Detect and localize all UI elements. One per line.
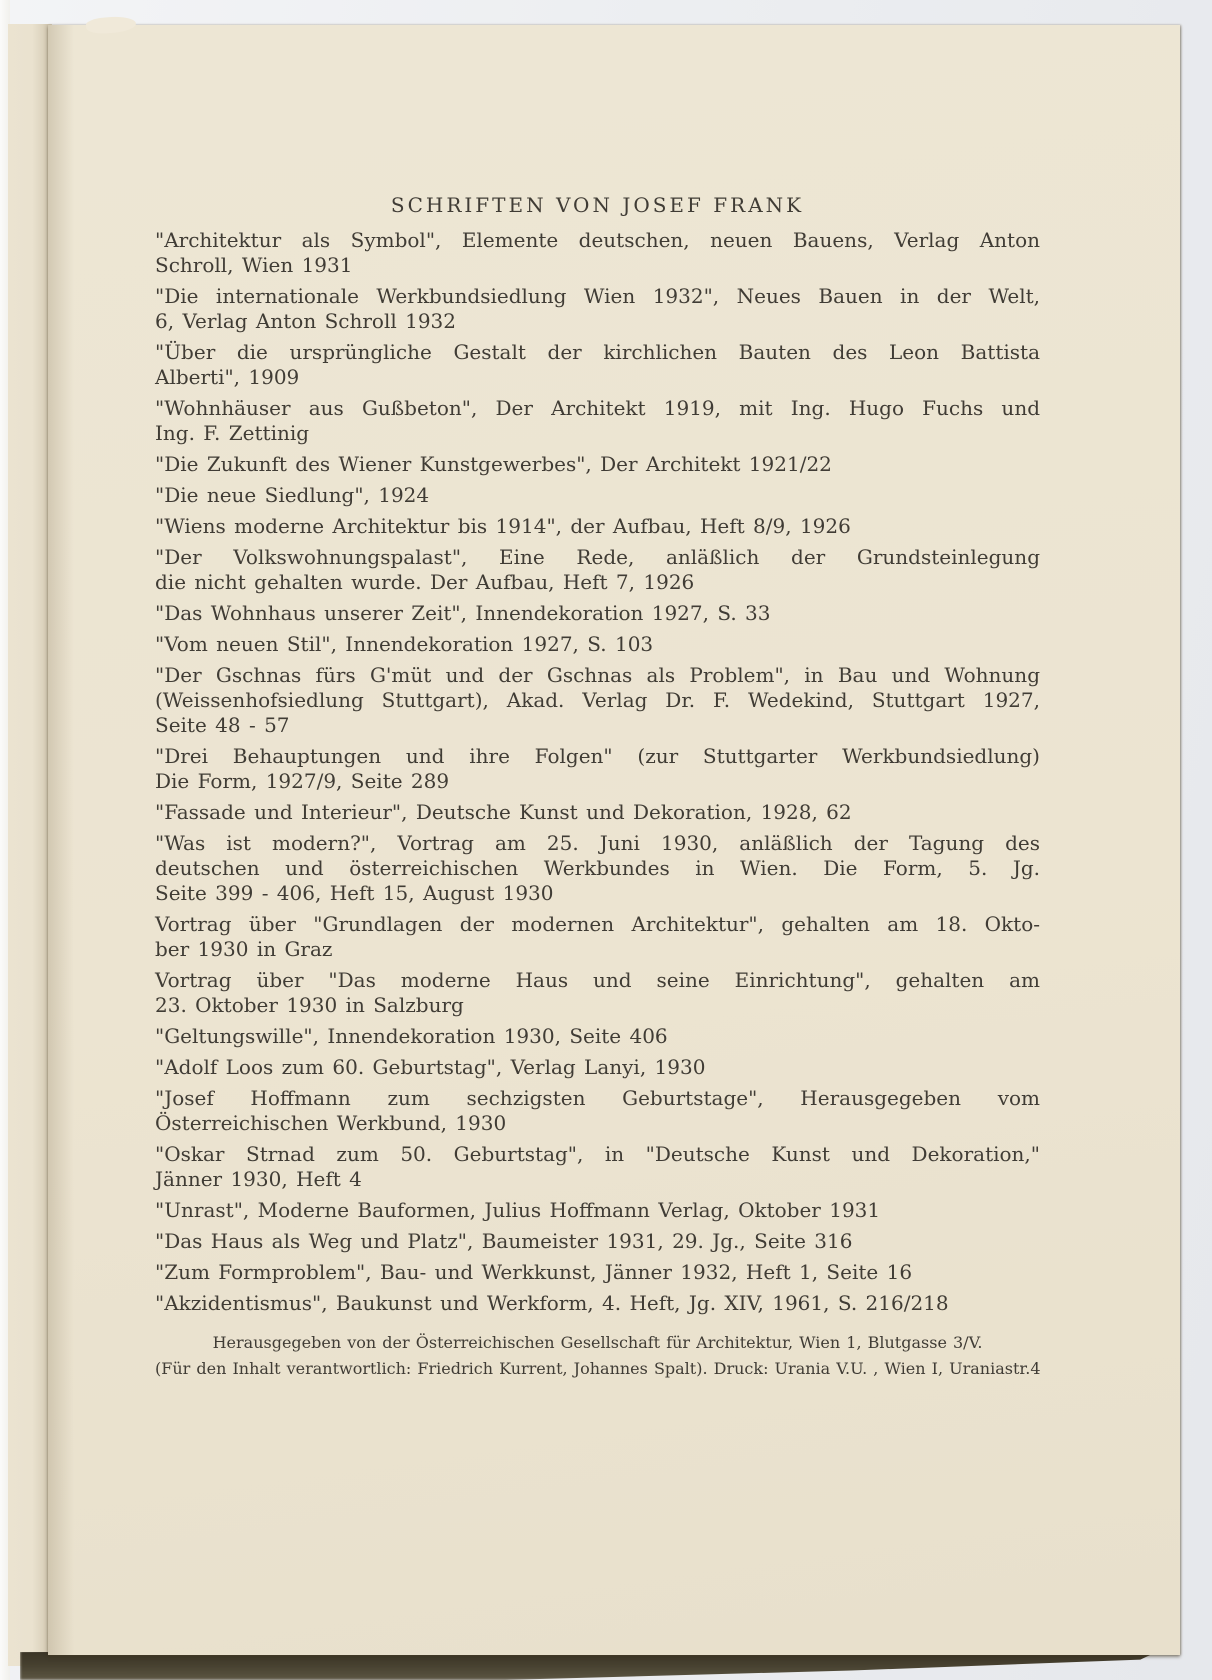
entry-line: (Weissenhofsiedlung Stuttgart), Akad. Ve… [155,688,1040,713]
entry-line: "Adolf Loos zum 60. Geburtstag", Verlag … [155,1055,1040,1080]
list-item: Vortrag über "Das moderne Haus und seine… [155,968,1040,1018]
entry-line: "Fassade und Interieur", Deutsche Kunst … [155,800,1040,825]
paper-page: SCHRIFTEN VON JOSEF FRANK "Architektur a… [48,25,1180,1655]
list-item: "Vom neuen Stil", Innendekoration 1927, … [155,632,1040,657]
entry-line: "Geltungswille", Innendekoration 1930, S… [155,1024,1040,1049]
list-item: "Adolf Loos zum 60. Geburtstag", Verlag … [155,1055,1040,1080]
entry-line: "Was ist modern?", Vortrag am 25. Juni 1… [155,831,1040,856]
list-item: "Das Haus als Weg und Platz", Baumeister… [155,1229,1040,1254]
entry-line: "Drei Behauptungen und ihre Folgen" (zur… [155,744,1040,769]
under-page-edge [8,24,52,1666]
list-item: "Das Wohnhaus unserer Zeit", Innendekora… [155,601,1040,626]
entry-line: Vortrag über "Grundlagen der modernen Ar… [155,912,1040,937]
imprint-line: (Für den Inhalt verantwortlich: Friedric… [155,1356,1040,1382]
imprint: Herausgegeben von der Österreichischen G… [155,1330,1040,1382]
entry-line: "Zum Formproblem", Bau- und Werkkunst, J… [155,1260,1040,1285]
entry-line: "Die neue Siedlung", 1924 [155,483,1040,508]
list-item: "Der Volkswohnungspalast", Eine Rede, an… [155,545,1040,595]
list-item: Vortrag über "Grundlagen der modernen Ar… [155,912,1040,962]
list-item: "Unrast", Moderne Bauformen, Julius Hoff… [155,1198,1040,1223]
entry-line: "Akzidentismus", Baukunst und Werkform, … [155,1291,1040,1316]
imprint-line: Herausgegeben von der Österreichischen G… [155,1330,1040,1356]
list-item: "Josef Hoffmann zum sechzigsten Geburtst… [155,1086,1040,1136]
list-item: "Was ist modern?", Vortrag am 25. Juni 1… [155,831,1040,906]
list-item: "Die neue Siedlung", 1924 [155,483,1040,508]
list-item: "Wohnhäuser aus Gußbeton", Der Architekt… [155,396,1040,446]
page-title: SCHRIFTEN VON JOSEF FRANK [155,190,1040,220]
entry-line: "Der Gschnas fürs G'müt und der Gschnas … [155,663,1040,688]
list-item: "Die Zukunft des Wiener Kunstgewerbes", … [155,452,1040,477]
entry-line: Schroll, Wien 1931 [155,253,1040,278]
entry-line: Die Form, 1927/9, Seite 289 [155,769,1040,794]
list-item: "Der Gschnas fürs G'müt und der Gschnas … [155,663,1040,738]
entry-line: Jänner 1930, Heft 4 [155,1167,1040,1192]
entry-line: ber 1930 in Graz [155,937,1040,962]
list-item: "Geltungswille", Innendekoration 1930, S… [155,1024,1040,1049]
list-item: "Architektur als Symbol", Elemente deuts… [155,228,1040,278]
entry-line: "Vom neuen Stil", Innendekoration 1927, … [155,632,1040,657]
page-content: SCHRIFTEN VON JOSEF FRANK "Architektur a… [155,25,1040,1382]
entry-line: "Oskar Strnad zum 50. Geburtstag", in "D… [155,1142,1040,1167]
entry-line: Ing. F. Zettinig [155,421,1040,446]
list-item: "Oskar Strnad zum 50. Geburtstag", in "D… [155,1142,1040,1192]
entry-line: Vortrag über "Das moderne Haus und seine… [155,968,1040,993]
entry-line: Seite 48 - 57 [155,713,1040,738]
list-item: "Fassade und Interieur", Deutsche Kunst … [155,800,1040,825]
entry-line: 23. Oktober 1930 in Salzburg [155,993,1040,1018]
entry-line: "Der Volkswohnungspalast", Eine Rede, an… [155,545,1040,570]
entry-line: "Über die ursprüngliche Gestalt der kirc… [155,340,1040,365]
entry-line: "Unrast", Moderne Bauformen, Julius Hoff… [155,1198,1040,1223]
entry-line: 6, Verlag Anton Schroll 1932 [155,309,1040,334]
entry-line: Alberti", 1909 [155,365,1040,390]
list-item: "Über die ursprüngliche Gestalt der kirc… [155,340,1040,390]
entry-line: "Architektur als Symbol", Elemente deuts… [155,228,1040,253]
entry-line: die nicht gehalten wurde. Der Aufbau, He… [155,570,1040,595]
list-item: "Akzidentismus", Baukunst und Werkform, … [155,1291,1040,1316]
entry-line: "Das Haus als Weg und Platz", Baumeister… [155,1229,1040,1254]
entry-line: "Wiens moderne Architektur bis 1914", de… [155,514,1040,539]
entry-line: deutschen und österreichischen Werkbunde… [155,856,1040,881]
list-item: "Die internationale Werkbundsiedlung Wie… [155,284,1040,334]
entry-line: "Die internationale Werkbundsiedlung Wie… [155,284,1040,309]
list-item: "Wiens moderne Architektur bis 1914", de… [155,514,1040,539]
bibliography-list: "Architektur als Symbol", Elemente deuts… [155,228,1040,1316]
entry-line: "Wohnhäuser aus Gußbeton", Der Architekt… [155,396,1040,421]
entry-line: Österreichischen Werkbund, 1930 [155,1111,1040,1136]
list-item: "Drei Behauptungen und ihre Folgen" (zur… [155,744,1040,794]
entry-line: Seite 399 - 406, Heft 15, August 1930 [155,881,1040,906]
entry-line: "Josef Hoffmann zum sechzigsten Geburtst… [155,1086,1040,1111]
entry-line: "Die Zukunft des Wiener Kunstgewerbes", … [155,452,1040,477]
entry-line: "Das Wohnhaus unserer Zeit", Innendekora… [155,601,1040,626]
list-item: "Zum Formproblem", Bau- und Werkkunst, J… [155,1260,1040,1285]
